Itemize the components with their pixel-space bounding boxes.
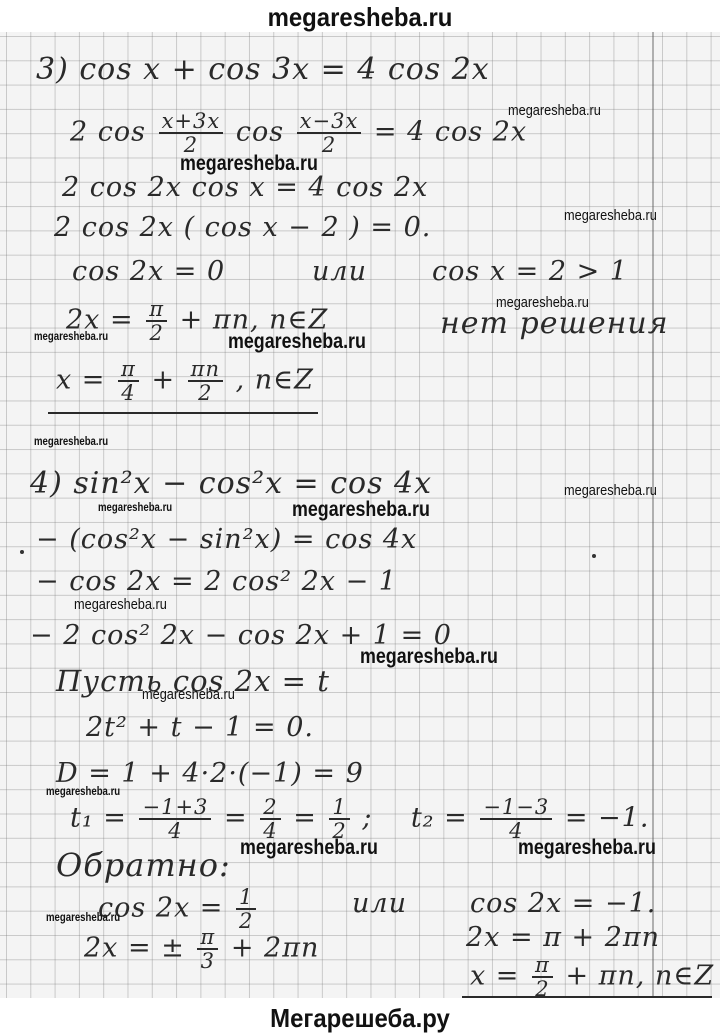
problem3-step1: 2 cos x+3x2 cos x−3x2 = 4 cos 2x bbox=[70, 110, 527, 156]
problem3-equation: cos x + cos 3x = 4 cos 2x bbox=[79, 52, 489, 87]
problem3-equation-line: 3) cos x + cos 3x = 4 cos 2x bbox=[36, 52, 490, 87]
problem3-no-solution: нет решения bbox=[440, 306, 669, 341]
problem3-case-right: cos x = 2 > 1 bbox=[432, 256, 628, 287]
watermark: megaresheba.ru bbox=[228, 330, 366, 354]
watermark: megaresheba.ru bbox=[240, 836, 378, 860]
watermark: megaresheba.ru bbox=[46, 910, 120, 924]
watermark: megaresheba.ru bbox=[496, 294, 589, 311]
problem4-equation: sin²x − cos²x = cos 4x bbox=[73, 466, 432, 501]
watermark: megaresheba.ru bbox=[360, 645, 498, 669]
fraction: −1+34 bbox=[139, 796, 211, 842]
fraction: π2 bbox=[146, 298, 167, 344]
problem4-back-substitution: Обратно: bbox=[56, 846, 231, 884]
problem3-answer-underline bbox=[48, 412, 318, 414]
problem4-equation-line: 4) sin²x − cos²x = cos 4x bbox=[30, 466, 432, 501]
problem4-answer: x = π2 + πn, n∈Z bbox=[470, 954, 714, 1000]
fraction: π2 bbox=[532, 954, 553, 1000]
watermark: megaresheba.ru bbox=[508, 102, 601, 119]
problem3-step2: 2 cos 2x cos x = 4 cos 2x bbox=[62, 172, 428, 203]
problem3-label: 3) bbox=[36, 52, 69, 87]
problem4-label: 4) bbox=[30, 466, 63, 501]
problem4-quadratic: 2t² + t − 1 = 0. bbox=[86, 712, 314, 743]
problem3-step3: 2 cos 2x ( cos x − 2 ) = 0. bbox=[54, 212, 431, 243]
problem4-case-right: cos 2x = −1. bbox=[470, 888, 656, 919]
fraction: x+3x2 bbox=[159, 110, 224, 156]
watermark: megaresheba.ru bbox=[34, 329, 108, 343]
site-footer-title: Мегарешеба.ру bbox=[29, 1000, 691, 1036]
problem4-or: или bbox=[352, 888, 407, 919]
ink-dot bbox=[20, 550, 24, 554]
problem4-step1: − (cos²x − sin²x) = cos 4x bbox=[36, 524, 417, 555]
watermark: megaresheba.ru bbox=[34, 434, 108, 448]
watermark: megaresheba.ru bbox=[98, 500, 172, 514]
problem3-case-left: cos 2x = 0 bbox=[72, 256, 225, 287]
ink-dot bbox=[592, 554, 596, 558]
fraction: π3 bbox=[197, 926, 218, 972]
site-header-title: megaresheba.ru bbox=[29, 0, 691, 34]
watermark: megaresheba.ru bbox=[180, 152, 318, 176]
problem3-or: или bbox=[312, 256, 367, 287]
fraction: πn2 bbox=[188, 358, 223, 404]
problem4-solve-left: 2x = ± π3 + 2πn bbox=[84, 926, 319, 972]
problem4-step2: − cos 2x = 2 cos² 2x − 1 bbox=[36, 566, 397, 597]
watermark: megaresheba.ru bbox=[142, 686, 235, 703]
fraction: x−3x2 bbox=[297, 110, 362, 156]
watermark: megaresheba.ru bbox=[564, 207, 657, 224]
watermark: megaresheba.ru bbox=[292, 498, 430, 522]
watermark: megaresheba.ru bbox=[564, 482, 657, 499]
watermark: megaresheba.ru bbox=[518, 836, 656, 860]
watermark: megaresheba.ru bbox=[46, 784, 120, 798]
fraction: π4 bbox=[118, 358, 139, 404]
problem3-answer: x = π4 + πn2 , n∈Z bbox=[56, 358, 314, 404]
problem4-answer-underline bbox=[462, 996, 712, 998]
problem4-solve-right: 2x = π + 2πn bbox=[466, 922, 660, 953]
watermark: megaresheba.ru bbox=[74, 596, 167, 613]
